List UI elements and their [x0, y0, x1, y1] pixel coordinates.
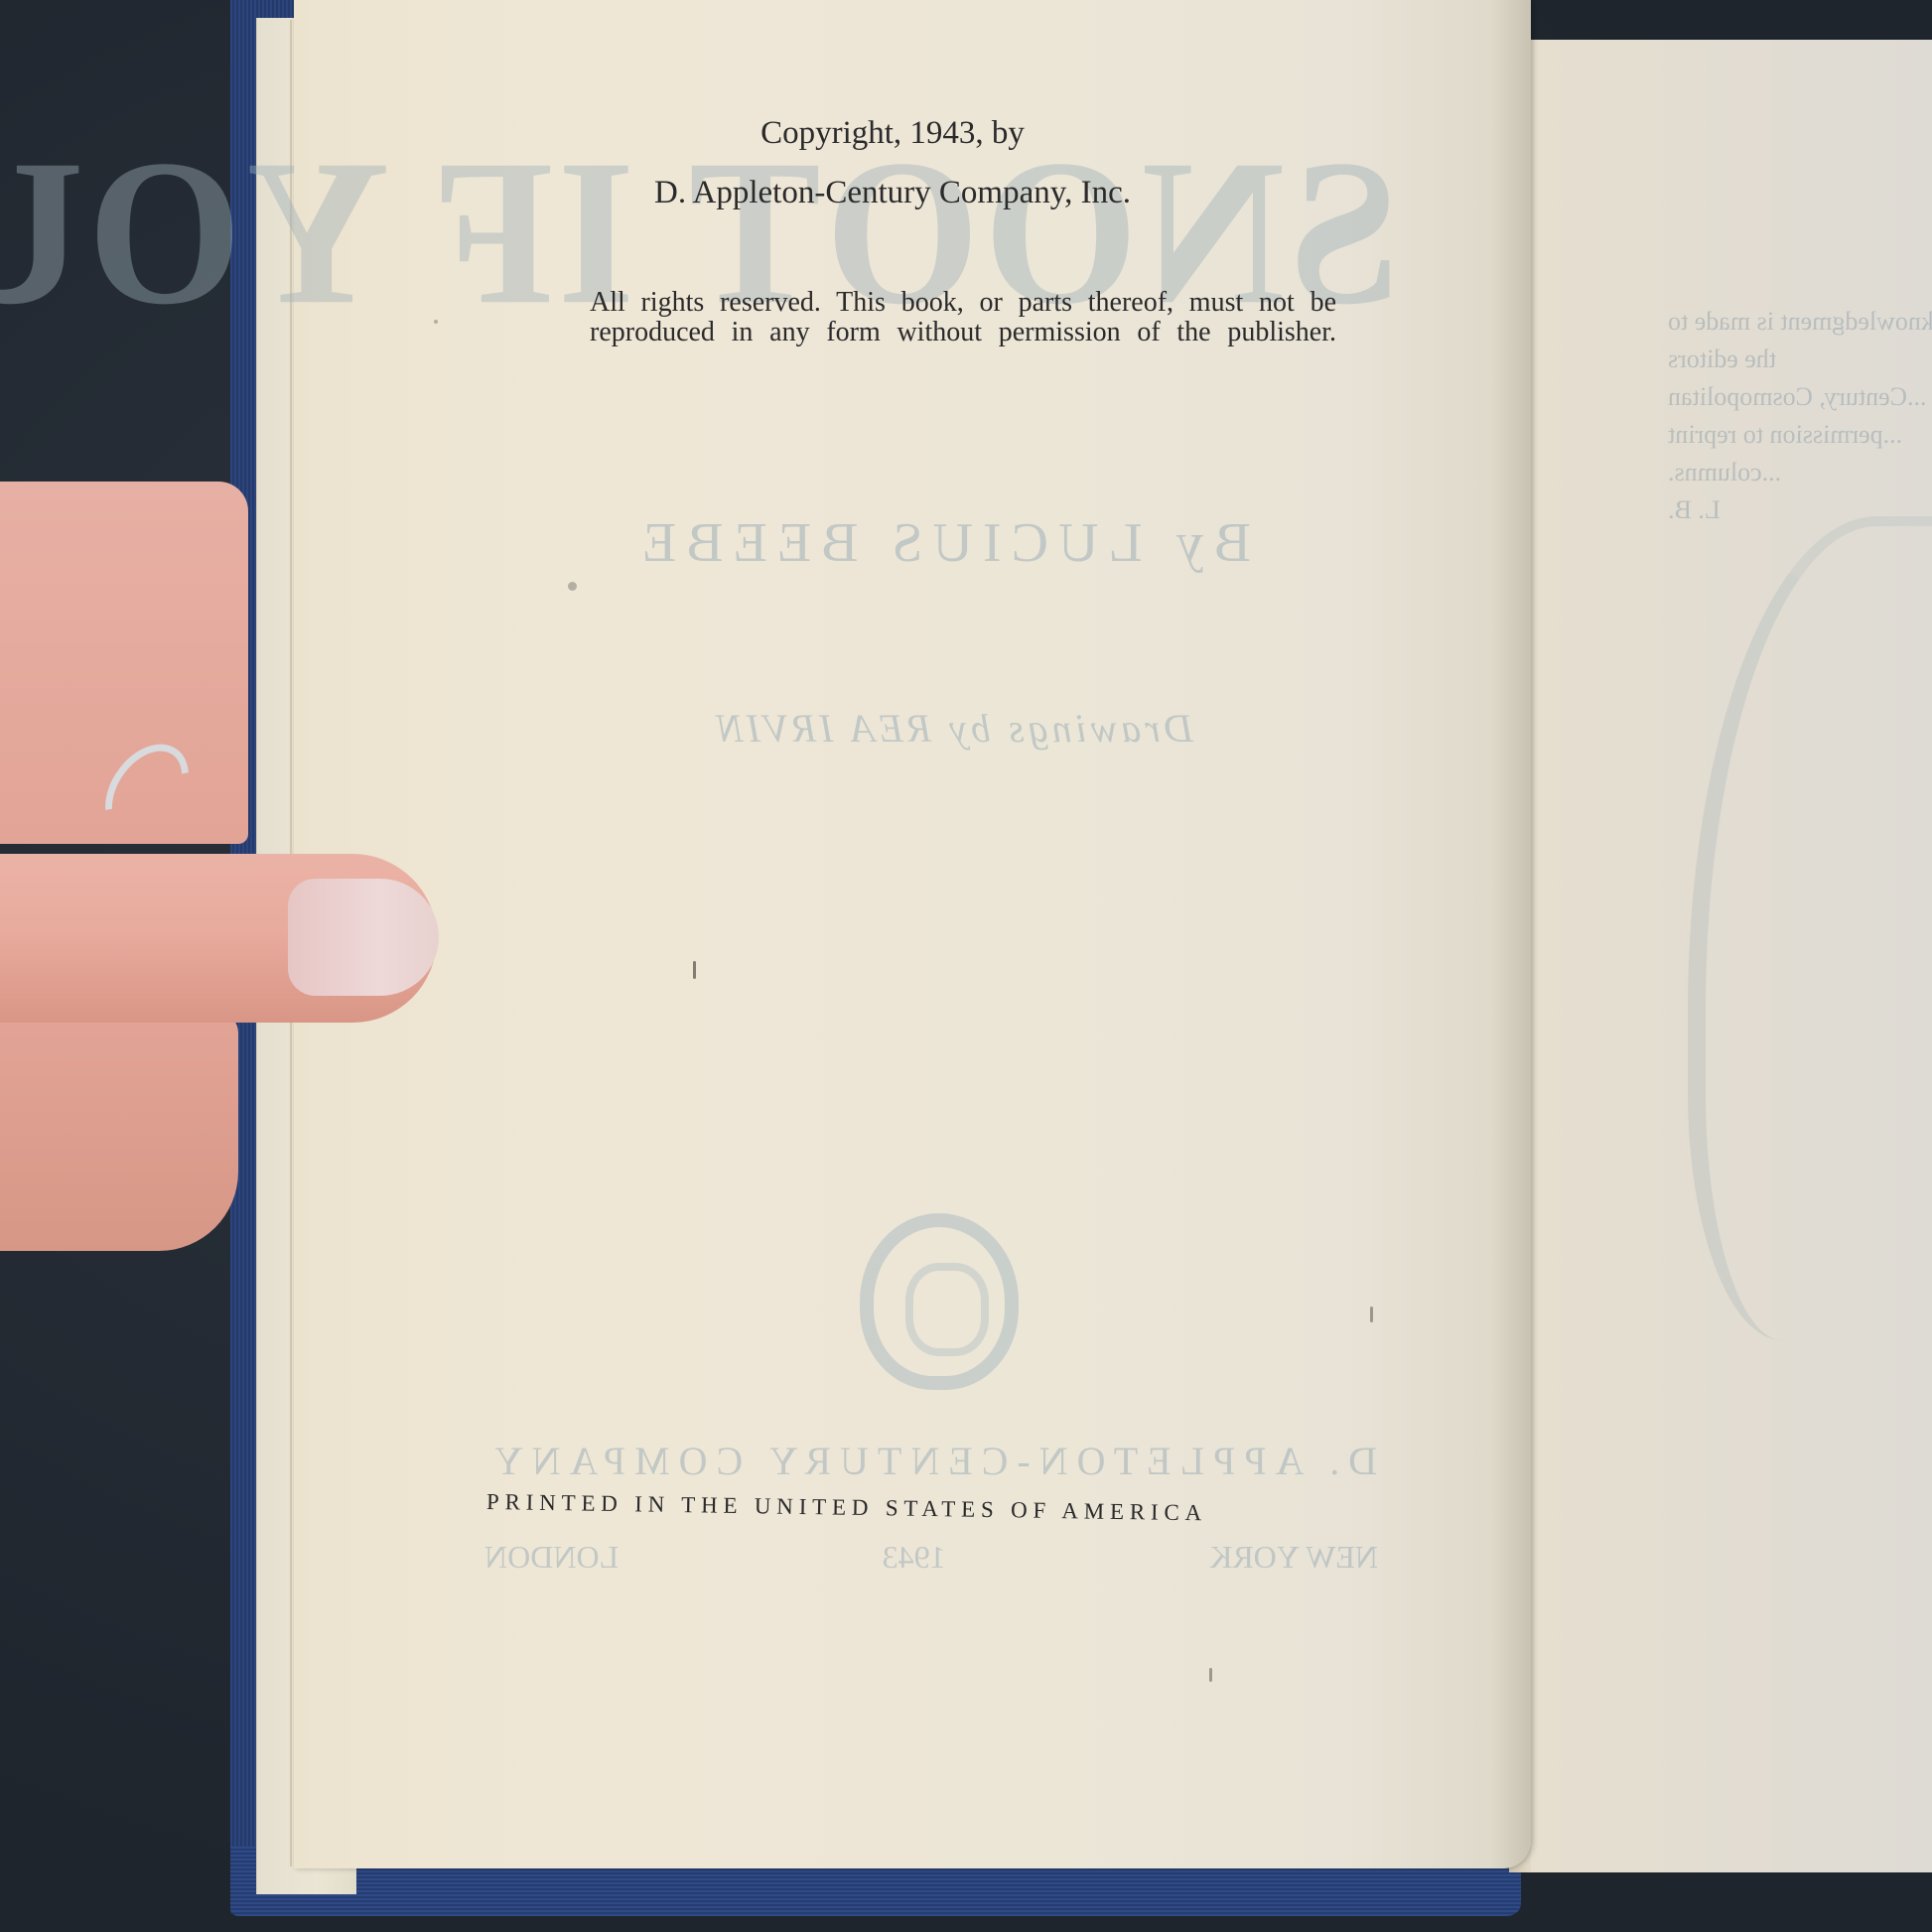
emblem-center — [905, 1263, 989, 1356]
year: 1943 — [883, 1539, 946, 1576]
right-page-line: ...Century, Cosmopolitan — [1668, 378, 1932, 416]
paper-speck — [568, 582, 577, 591]
right-page-faint-text: ...cknowledgment is made to the editors … — [1668, 303, 1932, 529]
show-through-cities: NEW YORK 1943 LONDON — [484, 1539, 1378, 1576]
hand-palm — [0, 1013, 238, 1251]
city-new-york: NEW YORK — [1209, 1539, 1378, 1576]
rights-statement: All rights reserved. This book, or parts… — [590, 288, 1336, 347]
copyright-line: Copyright, 1943, by — [294, 115, 1491, 152]
show-through-author: By LUCIUS BEEBE — [655, 511, 1251, 575]
show-through-publisher: D. APPLETON-CENTURY COMPANY — [484, 1438, 1378, 1484]
page-edge-shadow — [1491, 0, 1531, 1868]
publisher-name: D. Appleton-Century Company, Inc. — [294, 175, 1491, 211]
paper-mark — [693, 961, 696, 979]
right-page-line: ...columns. — [1668, 454, 1932, 491]
paper-mark — [1370, 1307, 1373, 1322]
paper-speck — [434, 320, 438, 324]
right-page-line: ...permission to reprint — [1668, 416, 1932, 454]
thumbnail-nail — [288, 879, 439, 996]
show-through-illustrator: Drawings by REA IRVIN — [695, 705, 1211, 752]
publisher-emblem-icon — [860, 1213, 1019, 1390]
paper-mark — [1209, 1668, 1212, 1682]
city-london: LONDON — [484, 1539, 619, 1576]
right-page-line: ...cknowledgment is made to the editors — [1668, 303, 1932, 378]
